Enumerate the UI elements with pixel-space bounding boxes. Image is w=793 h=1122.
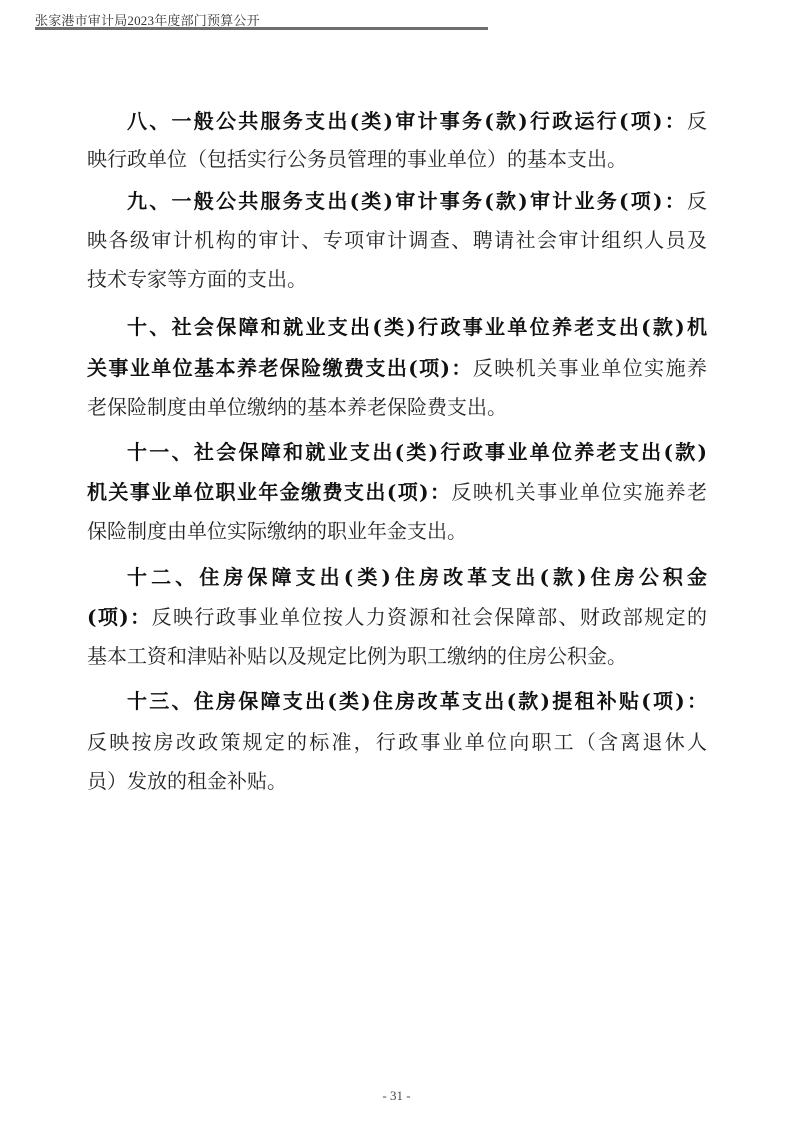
- section-heading: 八、一般公共服务支出(类)审计事务(款)行政运行(项)：: [127, 109, 687, 133]
- section-line: 映行政单位（包括实行公务员管理的事业单位）的基本支出。: [87, 144, 707, 174]
- section-line: 员）发放的租金补贴。: [87, 766, 707, 796]
- section-line: 技术专家等方面的支出。: [87, 264, 707, 294]
- section-text: 反映机关事业单位实施养老: [451, 480, 707, 504]
- header-divider: [35, 27, 488, 30]
- section-line: 九、一般公共服务支出(类)审计事务(款)审计业务(项)：反: [127, 186, 707, 216]
- section-heading: 十三、住房保障支出(类)住房改革支出(款)提租补贴(项)：: [127, 689, 707, 713]
- section-line: 基本工资和津贴补贴以及规定比例为职工缴纳的住房公积金。: [87, 641, 707, 671]
- section-line: 映各级审计机构的审计、专项审计调查、聘请社会审计组织人员及: [87, 225, 707, 255]
- section-heading: 九、一般公共服务支出(类)审计事务(款)审计业务(项)：: [127, 189, 687, 213]
- section-text: 技术专家等方面的支出。: [87, 267, 307, 291]
- section-text: 映行政单位（包括实行公务员管理的事业单位）的基本支出。: [87, 147, 627, 171]
- section-line: 关事业单位基本养老保险缴费支出(项)：反映机关事业单位实施养: [87, 353, 707, 383]
- section-heading: 十、社会保障和就业支出(类)行政事业单位养老支出(款)机: [127, 315, 707, 339]
- section-text: 反映机关事业单位实施养: [473, 356, 707, 380]
- section-text: 员）发放的租金补贴。: [87, 769, 287, 793]
- section-text: 反: [687, 109, 707, 133]
- section-heading: (项)：: [87, 605, 152, 629]
- section-heading: 关事业单位基本养老保险缴费支出(项)：: [87, 356, 473, 380]
- section-line: 八、一般公共服务支出(类)审计事务(款)行政运行(项)：反: [127, 106, 707, 136]
- section-text: 老保险制度由单位缴纳的基本养老保险费支出。: [87, 395, 507, 419]
- page-number: - 31 -: [0, 1088, 793, 1104]
- section-line: 十、社会保障和就业支出(类)行政事业单位养老支出(款)机: [127, 312, 707, 342]
- section-line: 十一、社会保障和就业支出(类)行政事业单位养老支出(款): [127, 437, 707, 467]
- section-text: 反映按房改政策规定的标准，行政事业单位向职工（含离退休人: [87, 730, 707, 754]
- section-heading: 十一、社会保障和就业支出(类)行政事业单位养老支出(款): [127, 440, 707, 464]
- section-text: 映各级审计机构的审计、专项审计调查、聘请社会审计组织人员及: [87, 228, 707, 252]
- section-line: 保险制度由单位实际缴纳的职业年金支出。: [87, 516, 707, 546]
- section-text: 基本工资和津贴补贴以及规定比例为职工缴纳的住房公积金。: [87, 644, 627, 668]
- section-line: 老保险制度由单位缴纳的基本养老保险费支出。: [87, 392, 707, 422]
- section-heading: 十二、住房保障支出(类)住房改革支出(款)住房公积金: [127, 565, 707, 589]
- section-line: (项)：反映行政事业单位按人力资源和社会保障部、财政部规定的: [87, 602, 707, 632]
- section-line: 十三、住房保障支出(类)住房改革支出(款)提租补贴(项)：: [127, 686, 707, 716]
- section-text: 保险制度由单位实际缴纳的职业年金支出。: [87, 519, 467, 543]
- section-heading: 机关事业单位职业年金缴费支出(项)：: [87, 480, 451, 504]
- section-text: 反映行政事业单位按人力资源和社会保障部、财政部规定的: [152, 605, 707, 629]
- section-line: 反映按房改政策规定的标准，行政事业单位向职工（含离退休人: [87, 727, 707, 757]
- section-line: 机关事业单位职业年金缴费支出(项)：反映机关事业单位实施养老: [87, 477, 707, 507]
- section-text: 反: [687, 189, 707, 213]
- section-line: 十二、住房保障支出(类)住房改革支出(款)住房公积金: [127, 562, 707, 592]
